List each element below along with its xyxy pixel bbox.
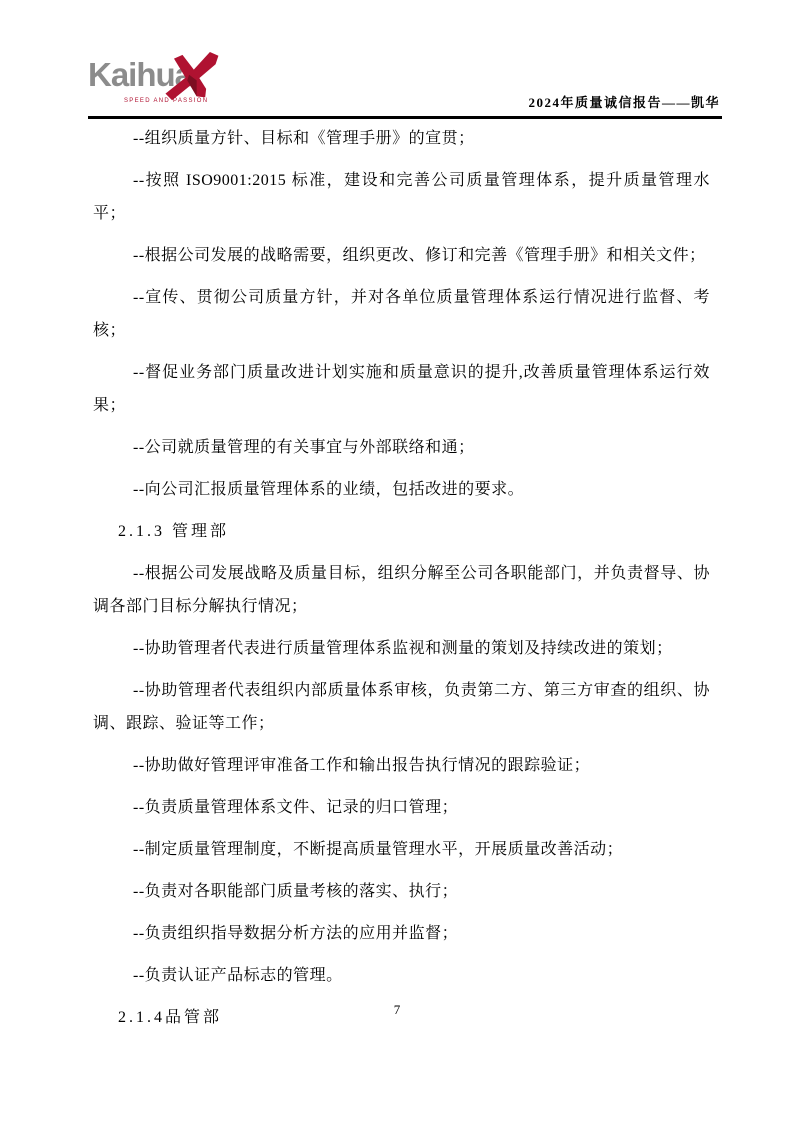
body-paragraph: --负责质量管理体系文件、记录的归口管理； [93, 791, 710, 824]
section-heading: 2.1.3 管理部 [93, 515, 710, 548]
body-paragraph: --协助管理者代表进行质量管理体系监视和测量的策划及持续改进的策划； [93, 632, 710, 665]
body-paragraph: --负责对各职能部门质量考核的落实、执行； [93, 875, 710, 908]
body-paragraph: --制定质量管理制度，不断提高质量管理水平，开展质量改善活动； [93, 833, 710, 866]
page-number: 7 [0, 1001, 794, 1019]
body-paragraph: --督促业务部门质量改进计划实施和质量意识的提升,改善质量管理体系运行效果； [93, 356, 710, 422]
body-paragraph: --协助管理者代表组织内部质量体系审核，负责第二方、第三方审查的组织、协调、跟踪… [93, 674, 710, 740]
body-paragraph: --向公司汇报质量管理体系的业绩，包括改进的要求。 [93, 473, 710, 506]
document-body: --组织质量方针、目标和《管理手册》的宣贯；--按照 ISO9001:2015 … [93, 122, 710, 1043]
body-paragraph: --公司就质量管理的有关事宜与外部联络和通； [93, 431, 710, 464]
body-paragraph: --宣传、贯彻公司质量方针，并对各单位质量管理体系运行情况进行监督、考核； [93, 281, 710, 347]
hummingbird-swoosh-icon [162, 52, 220, 104]
header-divider [88, 116, 722, 119]
report-header-title: 2024年质量诚信报告——凯华 [528, 92, 720, 111]
body-paragraph: --组织质量方针、目标和《管理手册》的宣贯； [93, 122, 710, 155]
body-paragraph: --根据公司发展的战略需要，组织更改、修订和完善《管理手册》和相关文件； [93, 239, 710, 272]
body-paragraph: --协助做好管理评审准备工作和输出报告执行情况的跟踪验证； [93, 749, 710, 782]
body-paragraph: --按照 ISO9001:2015 标准，建设和完善公司质量管理体系，提升质量管… [93, 164, 710, 230]
body-paragraph: --负责认证产品标志的管理。 [93, 959, 710, 992]
company-logo: Kaihua SPEED AND PASSION [88, 58, 228, 110]
document-page: Kaihua SPEED AND PASSION 2024年质量诚信报告——凯华… [0, 0, 794, 1123]
body-paragraph: --根据公司发展战略及质量目标，组织分解至公司各职能部门，并负责督导、协调各部门… [93, 557, 710, 623]
body-paragraph: --负责组织指导数据分析方法的应用并监督； [93, 917, 710, 950]
logo-tagline: SPEED AND PASSION [124, 98, 208, 104]
